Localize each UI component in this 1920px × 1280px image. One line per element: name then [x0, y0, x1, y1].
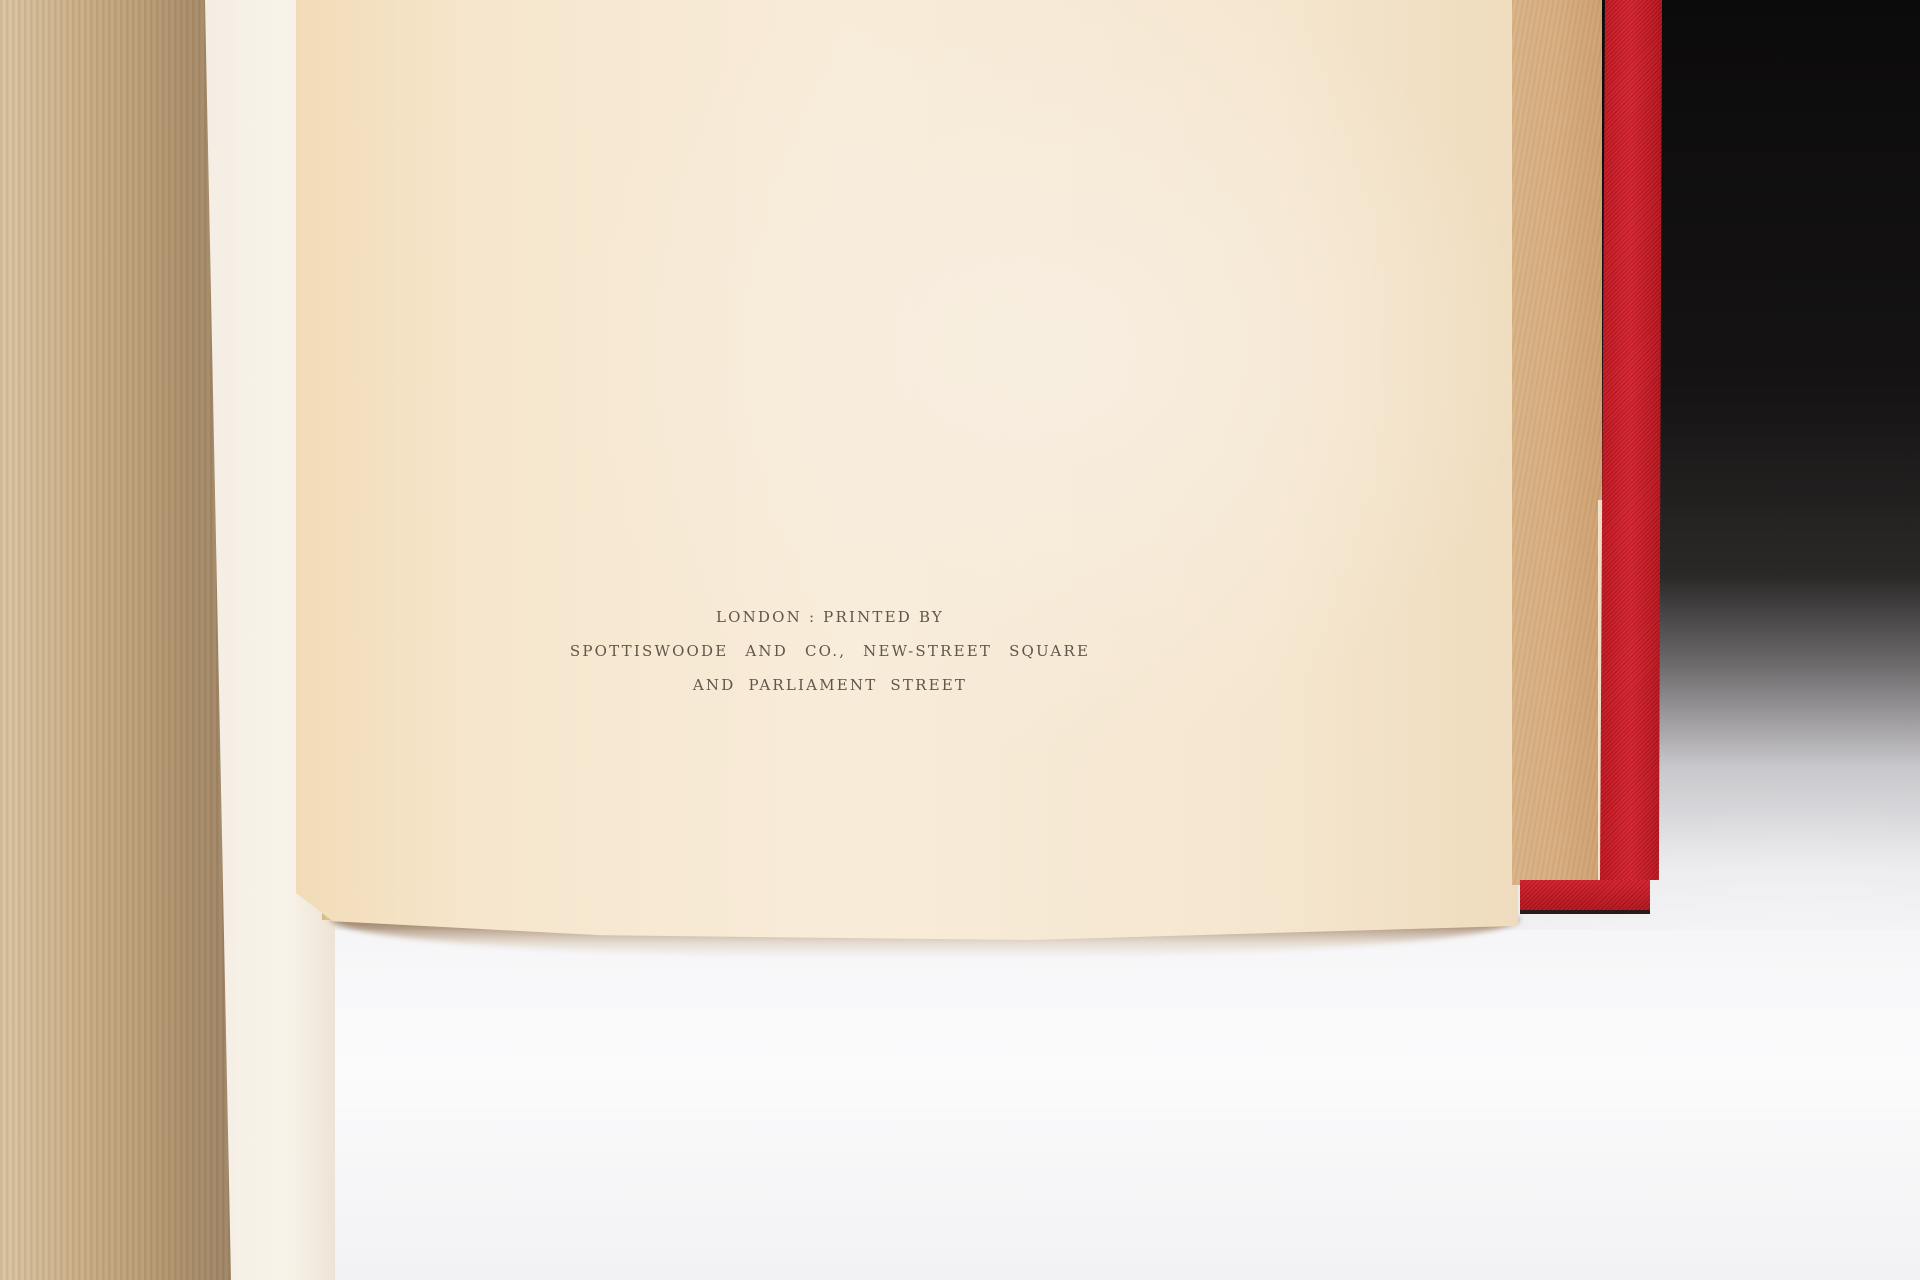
red-cloth-cover: [1600, 0, 1662, 880]
imprint-page: [296, 0, 1518, 940]
imprint-line-2: SPOTTISWOODE AND CO., NEW-STREET SQUARE: [540, 634, 1120, 668]
endpaper: [1512, 0, 1602, 885]
imprint-line-1: LONDON : PRINTED BY: [540, 600, 1120, 634]
imprint-line-3: AND PARLIAMENT STREET: [540, 668, 1120, 702]
cover-turn-in: [1520, 880, 1650, 914]
printer-imprint: LONDON : PRINTED BY SPOTTISWOODE AND CO.…: [540, 600, 1120, 702]
